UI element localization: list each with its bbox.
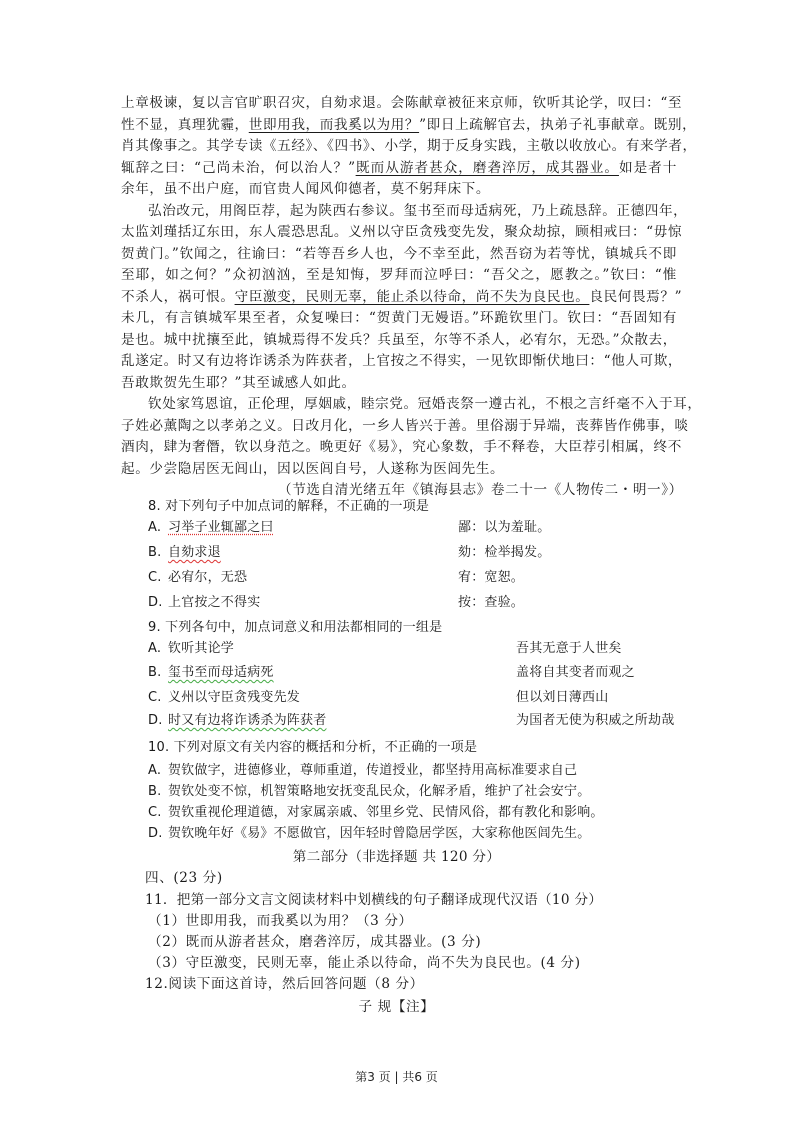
passage-line: 不杀人，祸可恨。守臣激变，民则无辜，能止杀以待命，尚不失为良民也。良民何畏焉？”: [121, 288, 677, 306]
passage-line: 未几，有言镇城军果至者，众复噪曰：“贺黄门无嫚语。”环跪钦里门。钦曰：“吾固知有: [121, 309, 677, 327]
q10-option-c: C.贺钦重视伦理道德，对家属亲戚、邻里乡党、民情风俗，都有教化和影响。: [148, 804, 604, 822]
option-sentence: 必宥尔，无恐: [168, 570, 247, 585]
q8-option-a: A.习举子业辄鄙之曰 鄙：以为羞耻。: [148, 519, 548, 537]
text-segment: 性不显，真理犹霾，: [121, 117, 249, 133]
option-text: 贺钦处变不惊，机智策略地安抚变乱民众，化解矛盾，维护了社会安宁。: [168, 784, 590, 799]
text-segment: 辄辞之曰：“己尚未治，何以治人？”: [121, 160, 356, 176]
question-11-stem: 11．把第一部分文言文阅读材料中划横线的句子翻译成现代汉语（10 分）: [145, 891, 602, 909]
q8-option-d: D.上官按之不得实 按：查验。: [148, 594, 548, 612]
source-citation: （节选自清光绪五年《镇海县志》卷二十一《人物传二・明一》）: [278, 481, 683, 499]
option-explanation: 宥：宽恕。: [458, 569, 524, 587]
q9-option-a: A.钦听其论学 吾其无意于人世矣: [148, 640, 648, 658]
passage-line: 钦处家笃恩谊，正伦理，厚姻戚，睦宗党。冠婚丧祭一遵古礼，不根之言纤毫不入于耳，: [148, 395, 677, 413]
option-explanation: 劾：检举揭发。: [458, 544, 550, 562]
option-label: B.: [148, 783, 168, 801]
option-sentence-right: 盖将自其变者而观之: [516, 664, 635, 682]
q11-item-1: （1）世即用我，而我奚以为用？（3 分）: [148, 912, 413, 930]
part-two-heading: 第二部分（非选择题 共 120 分）: [0, 848, 793, 866]
passage-line: 余年，虽不出户庭，而官贵人闻风仰德者，莫不躬拜床下。: [121, 180, 490, 198]
q9-option-c: C.义州以守臣贪残变先发 但以刘日薄西山: [148, 689, 648, 707]
q9-option-d: D.时又有边将诈诱杀为阵获者 为国者无使为积威之所劫哉: [148, 712, 648, 730]
text-segment: 良民何畏焉？”: [589, 289, 682, 305]
q10-option-a: A.贺钦做字，进德修业，尊师重道，传道授业，都坚持用高标准要求自己: [148, 762, 577, 780]
passage-line: 辄辞之曰：“己尚未治，何以治人？”既而从游者甚众，磨砻淬厉，成其器业。如是者十: [121, 159, 677, 177]
q8-option-b: B.自劾求退 劾：检举揭发。: [148, 544, 548, 562]
underlined-sentence-3: 守臣激变，民则无辜，能止杀以待命，尚不失为良民也。: [235, 289, 590, 305]
option-text: 贺钦做字，进德修业，尊师重道，传道授业，都坚持用高标准要求自己: [168, 763, 577, 778]
option-sentence-left: 玺书至而母适病死: [168, 665, 274, 680]
option-sentence-left: 时又有边将诈诱杀为阵获者: [168, 713, 326, 728]
option-sentence-left: 钦听其论学: [168, 641, 234, 656]
passage-line: 性不显，真理犹霾，世即用我，而我奚以为用？”即日上疏解官去，执弟子礼事献章。既别…: [121, 116, 677, 134]
option-text: 贺钦重视伦理道德，对家属亲戚、邻里乡党、民情风俗，都有教化和影响。: [168, 805, 604, 820]
passage-line: 起。少尝隐居医无闾山，因以医闾自号，人遂称为医闾先生。: [121, 460, 504, 478]
option-label: B.: [148, 544, 168, 562]
text-segment: 不杀人，祸可恨。: [121, 289, 235, 305]
option-label: C.: [148, 804, 168, 822]
section-four-heading: 四、(23 分): [145, 869, 223, 887]
question-9-stem: 9. 下列各句中，加点词意义和用法都相同的一组是: [148, 619, 442, 637]
option-label: D.: [148, 594, 168, 612]
passage-line: 至耶，如之何？”众初汹汹，至是知悔，罗拜而泣呼曰：“吾父之，愿教之。”钦曰：“惟: [121, 266, 677, 284]
option-explanation: 按：查验。: [458, 594, 524, 612]
passage-line: 子姓必薰陶之以孝弟之义。日改月化，一乡人皆兴于善。里俗溺于异端，丧葬皆作佛事，啖: [121, 417, 677, 435]
passage-line: 乱遂定。时又有边将诈诱杀为阵获者，上官按之不得实，一见钦即惭伏地曰：“他人可欺，: [121, 352, 677, 370]
q10-option-b: B.贺钦处变不惊，机智策略地安抚变乱民众，化解矛盾，维护了社会安宁。: [148, 783, 590, 801]
option-label: C.: [148, 569, 168, 587]
option-sentence-right: 为国者无使为积威之所劫哉: [516, 712, 674, 730]
passage-line: 肖其像事之。其学专读《五经》、《四书》、小学，期于反身实践，主敬以收放心。有来学…: [121, 137, 677, 155]
option-sentence: 自劾求退: [168, 545, 321, 560]
passage-line: 贺黄门。”钦闻之，往谕曰：“若等吾乡人也，今不幸至此，然吾窃为若等忧，镇城兵不即: [121, 245, 677, 263]
q8-option-c: C.必宥尔，无恐 宥：宽恕。: [148, 569, 548, 587]
q10-option-d: D.贺钦晚年好《易》不愿做官，因年轻时曾隐居学医，大家称他医闾先生。: [148, 825, 590, 843]
option-label: A.: [148, 640, 168, 658]
option-label: B.: [148, 664, 168, 682]
q11-item-2: （2）既而从游者甚众，磨砻淬厉，成其器业。(3 分): [148, 933, 481, 951]
option-text: 贺钦晚年好《易》不愿做官，因年轻时曾隐居学医，大家称他医闾先生。: [168, 826, 590, 841]
option-sentence-left: 义州以守臣贪残变先发: [168, 690, 300, 705]
option-label: C.: [148, 689, 168, 707]
option-label: A.: [148, 762, 168, 780]
option-sentence: 习举子业辄鄙之曰: [168, 520, 274, 535]
text-segment: 如是者十: [619, 160, 677, 176]
passage-line: 弘治改元，用阁臣荐，起为陕西右参议。玺书至而母适病死，乃上疏恳辞。正德四年，: [148, 202, 677, 220]
question-12-stem: 12.阅读下面这首诗，然后回答问题（8 分）: [145, 975, 424, 993]
passage-line: 太监刘瑾括辽东田，东人震恐思乱。义州以守臣贪残变先发，聚众劫掠，顾相戒曰：“毋惊: [121, 223, 677, 241]
option-sentence-right: 但以刘日薄西山: [516, 689, 608, 707]
q11-item-3: （3）守臣激变，民则无辜，能止杀以待命，尚不失为良民也。(4 分): [148, 954, 581, 972]
underlined-sentence-2: 既而从游者甚众，磨砻淬厉，成其器业。: [356, 160, 619, 176]
passage-line: 上章极谏，复以言官旷职召灾，自劾求退。会陈献章被征来京师，钦听其论学，叹曰：“至: [121, 94, 677, 112]
question-10-stem: 10. 下列对原文有关内容的概括和分析，不正确的一项是: [148, 739, 477, 757]
option-label: D.: [148, 825, 168, 843]
q9-option-b: B.玺书至而母适病死 盖将自其变者而观之: [148, 664, 648, 682]
passage-line: 酒肉，肆为奢僭，钦以身范之。晚更好《易》，究心象数，手不释卷，大臣荐引相属，终不: [121, 438, 677, 456]
option-explanation: 鄙：以为羞耻。: [458, 519, 550, 537]
underlined-sentence-1: 世即用我，而我奚以为用？: [249, 117, 419, 133]
poem-title: 子 规【注】: [0, 998, 793, 1016]
passage-line: 吾敢欺贺先生耶？”其至诚感人如此。: [121, 374, 356, 392]
question-8-stem: 8. 对下列句子中加点词的解释，不正确的一项是: [148, 498, 429, 516]
text-segment: ”即日上疏解官去，执弟子礼事献章。既别，: [419, 117, 696, 133]
passage-line: 是也。城中扰攘至此，镇城焉得不发兵？兵虽至，尔等不杀人，必宥尔，无恐。”众散去，: [121, 331, 677, 349]
option-label: D.: [148, 712, 168, 730]
page-number-footer: 第3 页 | 共6 页: [0, 1068, 793, 1085]
option-sentence: 上官按之不得实: [168, 595, 260, 610]
option-sentence-right: 吾其无意于人世矣: [516, 640, 622, 658]
option-label: A.: [148, 519, 168, 537]
